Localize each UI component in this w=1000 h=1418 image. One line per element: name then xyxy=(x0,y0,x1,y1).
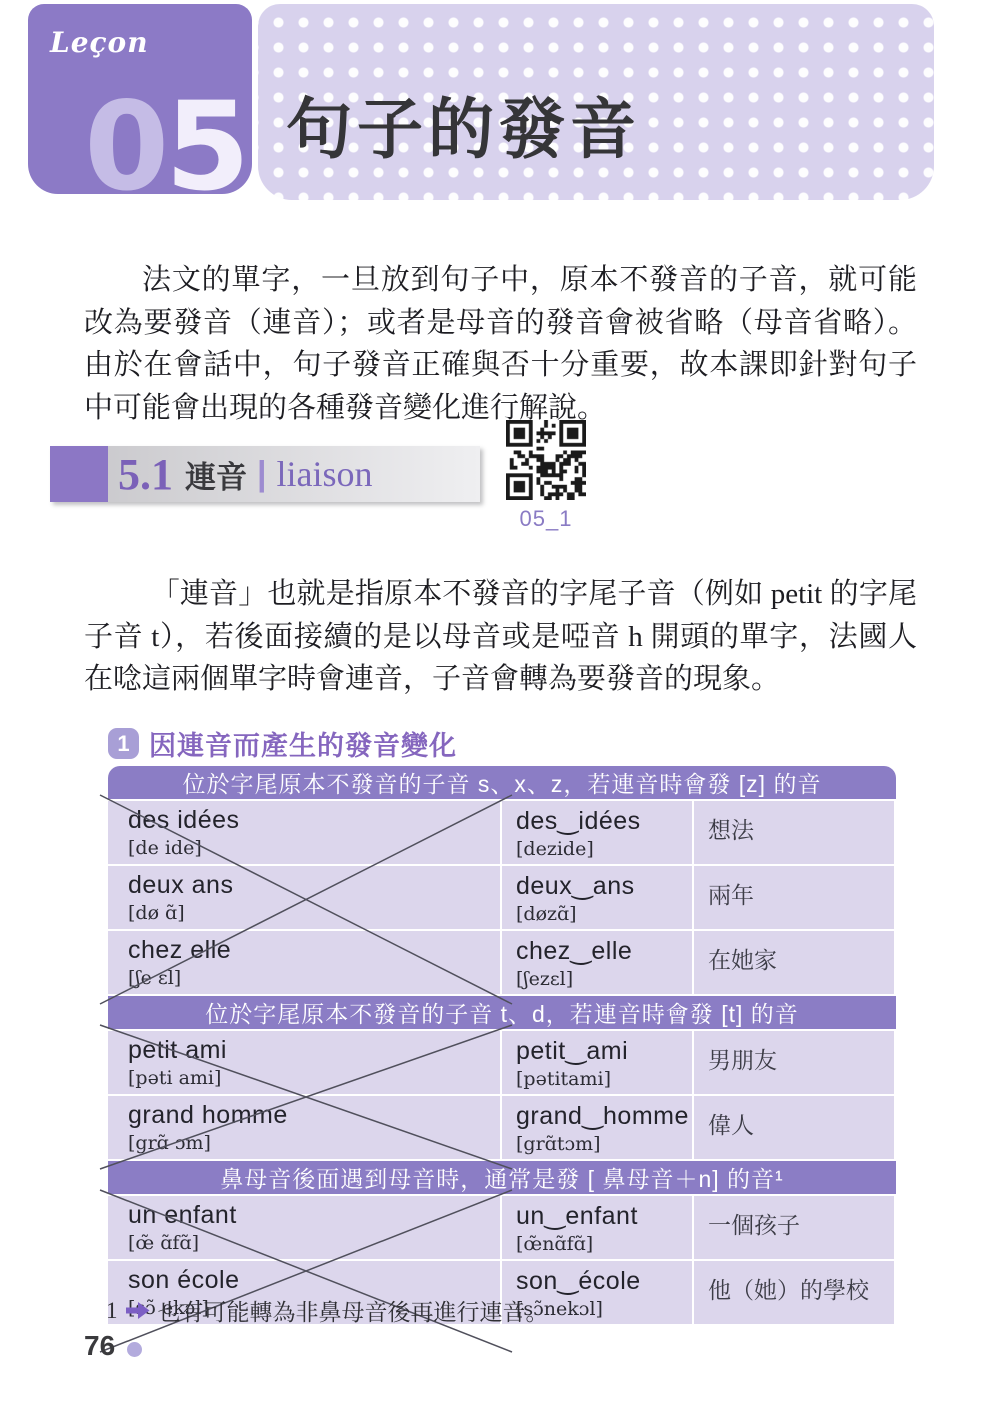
arrow-right-icon xyxy=(126,1302,150,1319)
table-section-body: des idées [de ide] des‿idées [dezide] 想法… xyxy=(108,801,896,994)
section-5-1-bar: 5.1 連音 | liaison xyxy=(50,446,480,502)
meaning-cell: 兩年 xyxy=(694,866,894,929)
lesson-number: 05 xyxy=(84,86,246,208)
qr-label: 05_1 xyxy=(506,506,586,532)
correct-ipa: [dezide] xyxy=(516,838,692,860)
meaning: 兩年 xyxy=(708,877,894,910)
wrong-form-cell: chez elle [ʃe ɛl] xyxy=(108,931,500,994)
correct-ipa: [døzɑ̃] xyxy=(516,903,692,925)
correct-form: deux‿ans xyxy=(516,871,692,901)
correct-ipa: [ʃezɛl] xyxy=(516,968,692,990)
lesson-number-zero: 0 xyxy=(84,76,165,218)
meaning-cell: 在她家 xyxy=(694,931,894,994)
audio-qr-block: 05_1 xyxy=(506,420,586,532)
meaning: 偉人 xyxy=(708,1107,894,1140)
pronunciation-table: 位於字尾原本不發音的子音 s、x、z，若連音時會發 [z] 的音 des idé… xyxy=(108,766,896,1326)
correct-form-cell: grand‿homme [grɑ̃tɔm] xyxy=(502,1096,692,1159)
wrong-form-cell: des idées [de ide] xyxy=(108,801,500,864)
correct-form-cell: deux‿ans [døzɑ̃] xyxy=(502,866,692,929)
footnote-marker: 1 xyxy=(106,1298,118,1324)
page-number: 76 xyxy=(84,1330,115,1362)
wrong-ipa: [dø ɑ̃] xyxy=(128,902,500,924)
correct-form: petit‿ami xyxy=(516,1036,692,1066)
table-row: petit ami [pəti ami] petit‿ami [pətitami… xyxy=(108,1031,896,1094)
liaison-paragraph: 「連音」也就是指原本不發音的字尾子音（例如 petit 的字尾子音 t），若後面… xyxy=(84,573,917,701)
page-title: 句子的發音 xyxy=(286,76,641,171)
correct-ipa: [pətitami] xyxy=(516,1068,692,1090)
correct-form-cell: petit‿ami [pətitami] xyxy=(502,1031,692,1094)
correct-form: son‿école xyxy=(516,1266,692,1296)
wrong-ipa: [ʃe ɛl] xyxy=(128,967,500,989)
wrong-form: chez elle xyxy=(128,936,500,965)
lesson-label: Leçon xyxy=(50,26,149,59)
section-title-zh: 連音 xyxy=(185,452,247,497)
lesson-title-box: 句子的發音 xyxy=(258,4,934,200)
meaning: 在她家 xyxy=(708,942,894,975)
page-number-dot xyxy=(127,1342,142,1357)
wrong-form: son école xyxy=(128,1266,500,1295)
wrong-form: deux ans xyxy=(128,871,500,900)
table-row: chez elle [ʃe ɛl] chez‿elle [ʃezɛl] 在她家 xyxy=(108,931,896,994)
wrong-form-cell: un enfant [œ̃ ɑ̃fɑ̃] xyxy=(108,1196,500,1259)
table-row: un enfant [œ̃ ɑ̃fɑ̃] un‿enfant [œ̃nɑ̃fɑ̃… xyxy=(108,1196,896,1259)
wrong-ipa: [œ̃ ɑ̃fɑ̃] xyxy=(128,1232,500,1254)
qr-code-icon xyxy=(506,420,586,500)
correct-form: un‿enfant xyxy=(516,1201,692,1231)
correct-ipa: [grɑ̃tɔm] xyxy=(516,1133,692,1155)
correct-form-cell: un‿enfant [œ̃nɑ̃fɑ̃] xyxy=(502,1196,692,1259)
lesson-number-box: Leçon 05 xyxy=(28,4,252,194)
meaning-cell: 偉人 xyxy=(694,1096,894,1159)
subsection-heading: 1 因連音而產生的發音變化 xyxy=(108,724,457,763)
correct-form-cell: des‿idées [dezide] xyxy=(502,801,692,864)
wrong-form: grand homme xyxy=(128,1101,500,1130)
footnote: 1 也有可能轉為非鼻母音後再進行連音。 xyxy=(106,1294,549,1327)
subsection-title: 因連音而產生的發音變化 xyxy=(149,724,457,763)
correct-form: des‿idées xyxy=(516,806,692,836)
wrong-form: un enfant xyxy=(128,1201,500,1230)
section-divider: | xyxy=(257,455,267,494)
footnote-text: 也有可能轉為非鼻母音後再進行連音。 xyxy=(158,1294,549,1327)
wrong-form: petit ami xyxy=(128,1036,500,1065)
section-number: 5.1 xyxy=(118,449,173,500)
wrong-form-cell: petit ami [pəti ami] xyxy=(108,1031,500,1094)
wrong-ipa: [pəti ami] xyxy=(128,1067,500,1089)
table-row: deux ans [dø ɑ̃] deux‿ans [døzɑ̃] 兩年 xyxy=(108,866,896,929)
meaning-cell: 他（她）的學校 xyxy=(694,1261,894,1324)
wrong-form-cell: deux ans [dø ɑ̃] xyxy=(108,866,500,929)
lesson-number-five: 5 xyxy=(165,76,246,218)
correct-form: grand‿homme xyxy=(516,1101,692,1131)
intro-paragraph: 法文的單字，一旦放到句子中，原本不發音的子音，就可能改為要發音（連音）；或者是母… xyxy=(84,259,917,429)
table-section-body: petit ami [pəti ami] petit‿ami [pətitami… xyxy=(108,1031,896,1159)
meaning: 男朋友 xyxy=(708,1042,894,1075)
meaning-cell: 一個孩子 xyxy=(694,1196,894,1259)
table-section-header: 位於字尾原本不發音的子音 s、x、z，若連音時會發 [z] 的音 xyxy=(108,766,896,799)
table-row: des idées [de ide] des‿idées [dezide] 想法 xyxy=(108,801,896,864)
wrong-ipa: [grɑ̃ ɔm] xyxy=(128,1132,500,1154)
subsection-number-badge: 1 xyxy=(108,728,139,759)
wrong-form: des idées xyxy=(128,806,500,835)
page-footer: 76 xyxy=(84,1330,142,1362)
table-section-header: 鼻母音後面遇到母音時，通常是發 [ 鼻母音＋n] 的音¹ xyxy=(108,1161,896,1194)
meaning-cell: 男朋友 xyxy=(694,1031,894,1094)
section-accent-square xyxy=(50,446,108,502)
meaning: 一個孩子 xyxy=(708,1207,894,1240)
meaning-cell: 想法 xyxy=(694,801,894,864)
table-section-header: 位於字尾原本不發音的子音 t、d，若連音時會發 [t] 的音 xyxy=(108,996,896,1029)
correct-form-cell: chez‿elle [ʃezɛl] xyxy=(502,931,692,994)
meaning: 想法 xyxy=(708,812,894,845)
meaning: 他（她）的學校 xyxy=(708,1272,894,1305)
wrong-ipa: [de ide] xyxy=(128,837,500,859)
correct-ipa: [œ̃nɑ̃fɑ̃] xyxy=(516,1233,692,1255)
wrong-form-cell: grand homme [grɑ̃ ɔm] xyxy=(108,1096,500,1159)
correct-form: chez‿elle xyxy=(516,936,692,966)
table-row: grand homme [grɑ̃ ɔm] grand‿homme [grɑ̃t… xyxy=(108,1096,896,1159)
section-title-fr: liaison xyxy=(277,453,373,495)
